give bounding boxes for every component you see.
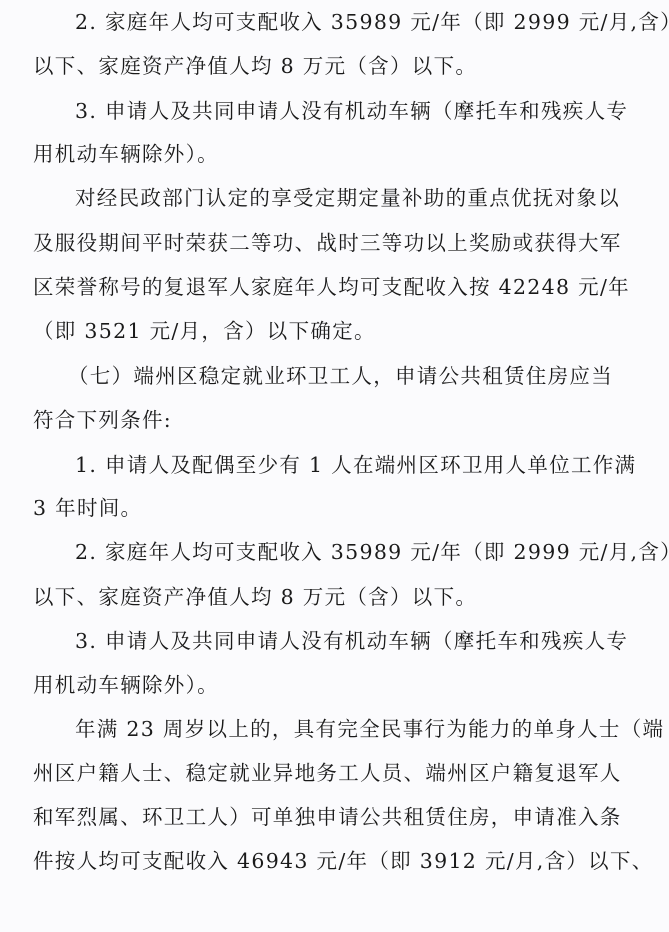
paragraph-line: 3 年时间。 [33, 494, 633, 522]
paragraph-line: 对经民政部门认定的享受定期定量补助的重点优抚对象以 [75, 184, 635, 212]
paragraph-line: 州区户籍人士、稳定就业异地务工人员、端州区户籍复退军人 [33, 759, 633, 787]
paragraph-line: 3. 申请人及共同申请人没有机动车辆（摩托车和残疾人专 [75, 97, 635, 125]
paragraph-line: 以下、家庭资产净值人均 8 万元（含）以下。 [33, 52, 633, 80]
paragraph-line: 和军烈属、环卫工人）可单独申请公共租赁住房，申请准入条 [33, 803, 633, 831]
paragraph-line: 2. 家庭年人均可支配收入 35989 元/年（即 2999 元/月,含） [75, 8, 635, 36]
paragraph-line: 符合下列条件: [33, 406, 633, 434]
paragraph-line: 用机动车辆除外）。 [33, 671, 633, 699]
paragraph-line: 件按人均可支配收入 46943 元/年（即 3912 元/月,含）以下、 [33, 847, 633, 875]
paragraph-line: 1. 申请人及配偶至少有 1 人在端州区环卫用人单位工作满 [75, 451, 635, 479]
paragraph-line: 区荣誉称号的复退军人家庭年人均可支配收入按 42248 元/年 [33, 273, 633, 301]
paragraph-line: 年满 23 周岁以上的，具有完全民事行为能力的单身人士（端 [75, 715, 635, 743]
paragraph-line: （即 3521 元/月，含）以下确定。 [33, 317, 633, 345]
paragraph-line: 以下、家庭资产净值人均 8 万元（含）以下。 [33, 583, 633, 611]
paragraph-line: 2. 家庭年人均可支配收入 35989 元/年（即 2999 元/月,含） [75, 538, 635, 566]
document-page: 2. 家庭年人均可支配收入 35989 元/年（即 2999 元/月,含） 以下… [0, 0, 669, 932]
section-seven-title: （七）端州区稳定就业环卫工人，申请公共租赁住房应当 [68, 362, 628, 390]
paragraph-line: 及服役期间平时荣获二等功、战时三等功以上奖励或获得大军 [33, 229, 633, 257]
paragraph-line: 用机动车辆除外）。 [33, 140, 633, 168]
paragraph-line: 3. 申请人及共同申请人没有机动车辆（摩托车和残疾人专 [75, 627, 635, 655]
